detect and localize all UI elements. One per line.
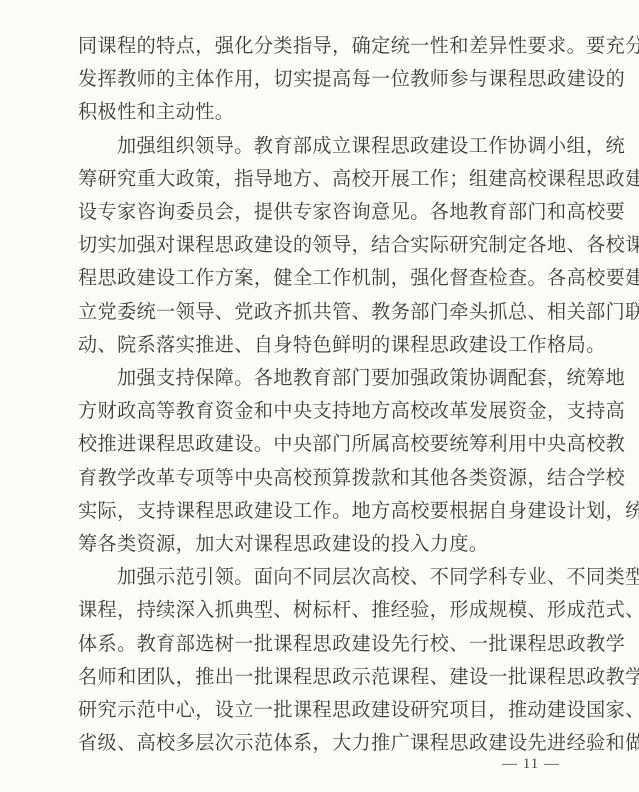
- text-line: 设专家咨询委员会，提供专家咨询意见。各地教育部门和高校要: [78, 195, 550, 228]
- paragraph-organization-leadership: 加强组织领导。教育部成立课程思政建设工作协调小组，统 筹研究重大政策，指导地方、…: [78, 129, 550, 361]
- text-line: 动、院系落实推进、自身特色鲜明的课程思政建设工作格局。: [78, 328, 550, 361]
- paragraph-demonstration-leading: 加强示范引领。面向不同层次高校、不同学科专业、不同类型 课程，持续深入抓典型、树…: [78, 560, 550, 759]
- text-line: 育教学改革专项等中央高校预算拨款和其他各类资源，结合学校: [78, 461, 550, 494]
- text-line: 程思政建设工作方案，健全工作机制，强化督查检查。各高校要建: [78, 261, 550, 294]
- text-line: 筹各类资源，加大对课程思政建设的投入力度。: [78, 527, 550, 560]
- text-line: 校推进课程思政建设。中央部门所属高校要统筹利用中央高校教: [78, 427, 550, 460]
- text-line: 省级、高校多层次示范体系，大力推广课程思政建设先进经验和做: [78, 726, 550, 759]
- text-line: 发挥教师的主体作用，切实提高每一位教师参与课程思政建设的: [78, 62, 550, 95]
- text-line: 加强支持保障。各地教育部门要加强政策协调配套，统筹地: [78, 361, 550, 394]
- text-line: 积极性和主动性。: [78, 95, 550, 128]
- text-line: 实际，支持课程思政建设工作。地方高校要根据自身建设计划，统: [78, 494, 550, 527]
- text-line: 切实加强对课程思政建设的领导，结合实际研究制定各地、各校课: [78, 228, 550, 261]
- text-line: 名师和团队，推出一批课程思政示范课程、建设一批课程思政教学: [78, 660, 550, 693]
- paragraph-continued: 同课程的特点，强化分类指导，确定统一性和差异性要求。要充分 发挥教师的主体作用，…: [78, 29, 550, 129]
- text-line: 方财政高等教育资金和中央支持地方高校改革发展资金，支持高: [78, 394, 550, 427]
- text-line: 同课程的特点，强化分类指导，确定统一性和差异性要求。要充分: [78, 29, 550, 62]
- text-line: 加强组织领导。教育部成立课程思政建设工作协调小组，统: [78, 129, 550, 162]
- text-line: 体系。教育部选树一批课程思政建设先行校、一批课程思政教学: [78, 627, 550, 660]
- text-line: 立党委统一领导、党政齐抓共管、教务部门牵头抓总、相关部门联: [78, 295, 550, 328]
- text-line: 筹研究重大政策，指导地方、高校开展工作；组建高校课程思政建: [78, 162, 550, 195]
- document-page: 同课程的特点，强化分类指导，确定统一性和差异性要求。要充分 发挥教师的主体作用，…: [78, 29, 550, 759]
- paragraph-support-guarantee: 加强支持保障。各地教育部门要加强政策协调配套，统筹地 方财政高等教育资金和中央支…: [78, 361, 550, 560]
- text-line: 加强示范引领。面向不同层次高校、不同学科专业、不同类型: [78, 560, 550, 593]
- text-line: 研究示范中心，设立一批课程思政建设研究项目，推动建设国家、: [78, 693, 550, 726]
- page-number: — 11 —: [490, 756, 560, 773]
- text-line: 课程，持续深入抓典型、树标杆、推经验，形成规模、形成范式、形成: [78, 593, 550, 626]
